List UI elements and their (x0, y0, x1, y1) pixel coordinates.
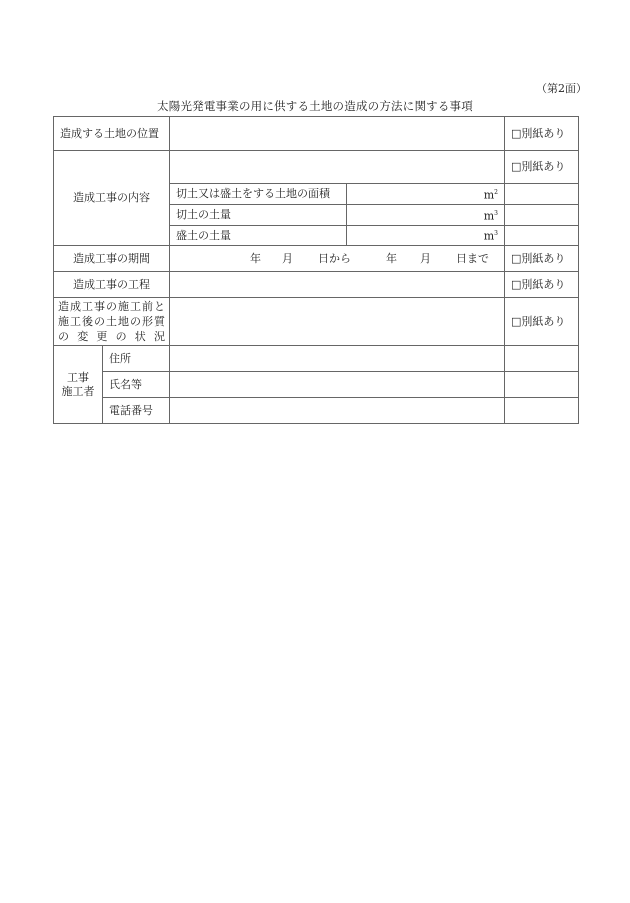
phone-empty-cell (505, 398, 579, 424)
cut-volume-unit: m (484, 209, 494, 222)
row-contractor-name: 氏名等 (54, 372, 579, 398)
change-label: 造成工事の施工前と施工後の土地の形質の変更の状況 (54, 298, 170, 346)
cut-volume-input[interactable]: m3 (347, 205, 505, 226)
contractor-label: 工事 施工者 (54, 346, 103, 424)
location-label: 造成する土地の位置 (54, 117, 170, 151)
row-contractor-address: 工事 施工者 住所 (54, 346, 579, 372)
period-from-year: 年 (250, 252, 282, 266)
period-label: 造成工事の期間 (54, 246, 170, 272)
change-input[interactable] (170, 298, 505, 346)
period-input[interactable]: 年月日から年月日まで (170, 246, 505, 272)
page-label: （第2面） (536, 80, 587, 96)
address-input[interactable] (170, 346, 505, 372)
fill-volume-unit-exponent: 3 (494, 230, 498, 237)
period-to-day: 日まで (456, 252, 489, 266)
row-period: 造成工事の期間 年月日から年月日まで □別紙あり (54, 246, 579, 272)
area-input[interactable]: m2 (347, 184, 505, 205)
name-input[interactable] (170, 372, 505, 398)
cut-empty-cell (505, 205, 579, 226)
change-attachment-checkbox[interactable]: □別紙あり (505, 298, 579, 346)
cut-volume-unit-exponent: 3 (494, 210, 498, 217)
cut-volume-label: 切土の土量 (170, 205, 347, 226)
content-attachment-checkbox[interactable]: □別紙あり (505, 151, 579, 184)
contractor-label-line2: 施工者 (54, 385, 102, 399)
process-input[interactable] (170, 272, 505, 298)
name-label: 氏名等 (103, 372, 170, 398)
fill-empty-cell (505, 226, 579, 246)
location-input[interactable] (170, 117, 505, 151)
area-unit: m (484, 188, 494, 201)
phone-input[interactable] (170, 398, 505, 424)
land-grading-form-table: 造成する土地の位置 □別紙あり 造成工事の内容 □別紙あり 切土又は盛土をする土… (53, 116, 579, 424)
row-location: 造成する土地の位置 □別紙あり (54, 117, 579, 151)
period-from-day: 日から (318, 252, 386, 266)
area-label: 切土又は盛土をする土地の面積 (170, 184, 347, 205)
row-process: 造成工事の工程 □別紙あり (54, 272, 579, 298)
area-empty-cell (505, 184, 579, 205)
address-label: 住所 (103, 346, 170, 372)
name-empty-cell (505, 372, 579, 398)
fill-volume-unit: m (484, 230, 494, 243)
location-attachment-checkbox[interactable]: □別紙あり (505, 117, 579, 151)
period-to-year: 年 (386, 252, 420, 266)
content-label: 造成工事の内容 (54, 151, 170, 246)
process-label: 造成工事の工程 (54, 272, 170, 298)
phone-label: 電話番号 (103, 398, 170, 424)
process-attachment-checkbox[interactable]: □別紙あり (505, 272, 579, 298)
row-change: 造成工事の施工前と施工後の土地の形質の変更の状況 □別紙あり (54, 298, 579, 346)
period-from-month: 月 (282, 252, 318, 266)
row-content: 造成工事の内容 □別紙あり (54, 151, 579, 184)
address-empty-cell (505, 346, 579, 372)
fill-volume-label: 盛土の土量 (170, 226, 347, 246)
area-unit-exponent: 2 (494, 189, 498, 196)
fill-volume-input[interactable]: m3 (347, 226, 505, 246)
row-contractor-phone: 電話番号 (54, 398, 579, 424)
document-title: 太陽光発電事業の用に供する土地の造成の方法に関する事項 (0, 98, 630, 114)
period-to-month: 月 (420, 252, 456, 266)
period-attachment-checkbox[interactable]: □別紙あり (505, 246, 579, 272)
contractor-label-line1: 工事 (54, 371, 102, 385)
content-input[interactable] (170, 151, 505, 184)
